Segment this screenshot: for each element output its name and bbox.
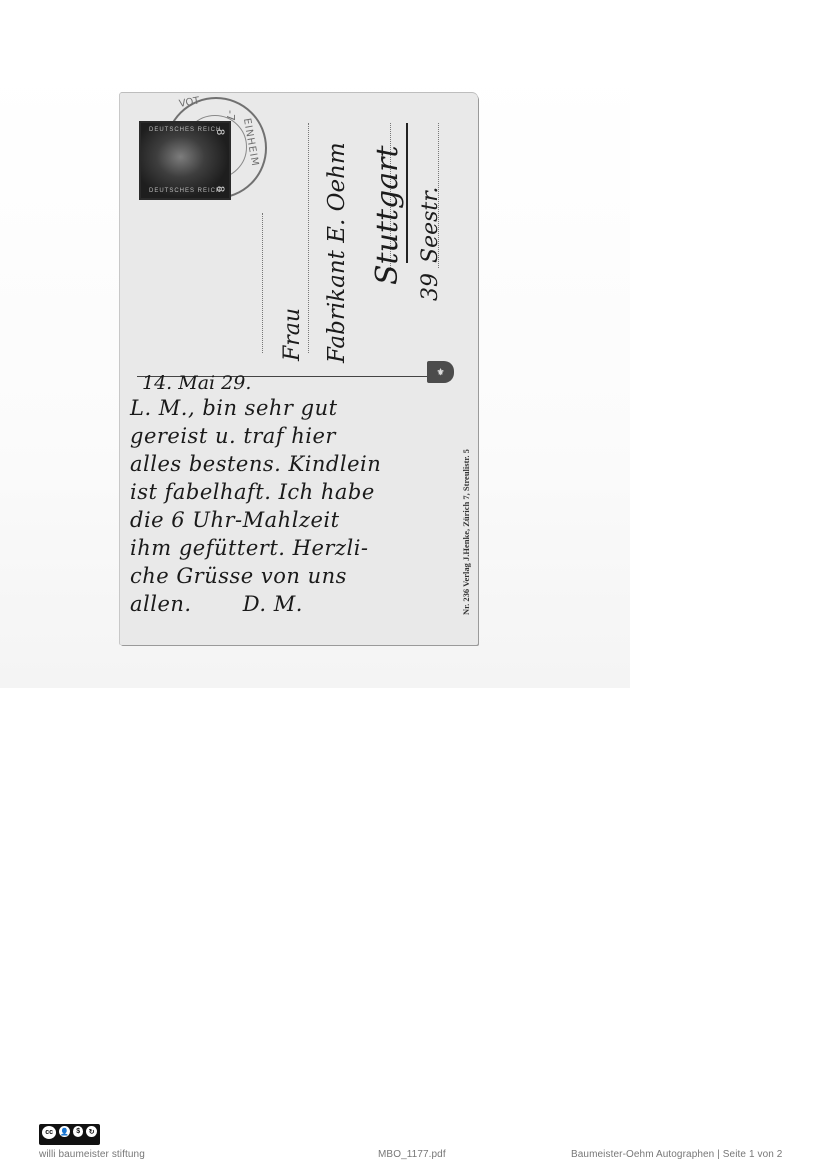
cc-logo-icon: cc	[42, 1126, 56, 1139]
address-line-3: Stuttgart	[370, 145, 405, 285]
postage-stamp: DEUTSCHES REICH 8 DEUTSCHES REICH 8	[139, 121, 231, 200]
message-line: ihm gefüttert. Herzli-	[130, 534, 440, 562]
message-line: gereist u. traf hier	[130, 422, 440, 450]
postmark-top-text: VOT-	[178, 95, 203, 110]
address-house-number: 39	[418, 273, 443, 301]
file-name: MBO_1177.pdf	[378, 1149, 446, 1160]
message-line: die 6 Uhr-Mahlzeit	[130, 506, 440, 534]
non-commercial-icon: $	[73, 1126, 84, 1137]
collection-page-info: Baumeister-Oehm Autographen | Seite 1 vo…	[571, 1149, 782, 1160]
stamp-denomination: 8	[214, 129, 226, 135]
message-date: 14. Mai 29.	[142, 372, 440, 394]
message-line: alles bestens. Kindlein	[130, 450, 440, 478]
address-guide-line	[308, 123, 309, 353]
message-line: ist fabelhaft. Ich habe	[130, 478, 440, 506]
stamp-denomination-bottom: 8	[214, 186, 226, 192]
address-area: VOT- -7 EINHEIM DEUTSCHES REICH 8 DEUTSC…	[120, 93, 478, 376]
postmark-date: -7	[224, 110, 237, 121]
handwritten-message: 14. Mai 29. L. M., bin sehr gut gereist …	[130, 372, 440, 618]
address-line-1: Frau	[280, 308, 305, 361]
page-footer: cc 👤 $ ↻ willi baumeister stiftung MBO_1…	[0, 1120, 826, 1169]
message-last-line: allen. D. M.	[130, 590, 440, 618]
message-line: L. M., bin sehr gut	[130, 394, 440, 422]
stamp-bottom-text: DEUTSCHES REICH	[149, 188, 221, 194]
postcard: VOT- -7 EINHEIM DEUTSCHES REICH 8 DEUTSC…	[120, 93, 478, 645]
address-line-2: Fabrikant E. Oehm	[324, 142, 350, 363]
share-alike-icon: ↻	[86, 1126, 97, 1137]
city-underline	[406, 123, 408, 263]
creative-commons-by-nc-sa-icon[interactable]: cc 👤 $ ↻	[39, 1124, 100, 1145]
publisher-imprint: Nr. 236 Verlag J.Henke, Zürich 7, Streul…	[461, 449, 471, 615]
address-guide-line	[262, 213, 263, 353]
address-line-4: Seestr.	[418, 187, 443, 263]
stamp-top-text: DEUTSCHES REICH	[149, 127, 221, 133]
message-line: allen.	[130, 592, 192, 616]
organization-name: willi baumeister stiftung	[39, 1149, 145, 1160]
message-line: che Grüsse von uns	[130, 562, 440, 590]
signature: D. M.	[243, 590, 303, 618]
attribution-icon: 👤	[59, 1126, 70, 1137]
